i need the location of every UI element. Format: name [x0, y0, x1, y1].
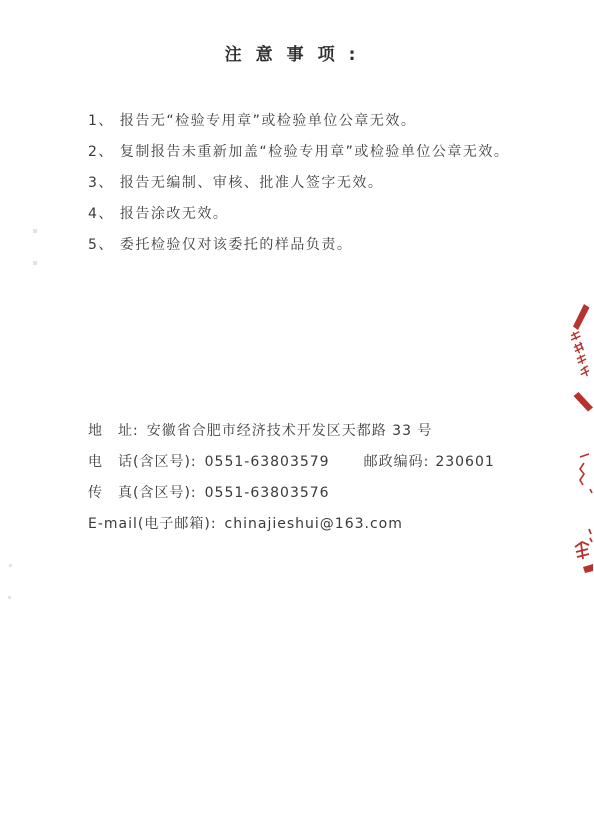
page-title: 注意事项:: [0, 40, 594, 65]
scan-artifact-dot: [33, 261, 37, 265]
email-value: chinajieshui@163.com: [225, 516, 403, 532]
list-item-text: 报告涂改无效。: [120, 206, 229, 222]
red-stamp-edge-fragments-icon: [564, 295, 594, 585]
phone-value: 0551-63803579: [205, 454, 330, 470]
list-item-text: 委托检验仅对该委托的样品负责。: [120, 237, 353, 253]
notes-list: 1、报告无“检验专用章”或检验单位公章无效。 2、复制报告未重新加盖“检验专用章…: [88, 106, 558, 261]
address-value: 安徽省合肥市经济技术开发区天都路 33 号: [147, 423, 433, 439]
fax-line: 传 真(含区号):0551-63803576: [88, 478, 558, 509]
scan-artifact-dot: [9, 564, 12, 567]
stamp-stroke-icon: [573, 304, 590, 330]
stamp-text-fragment-icon: [569, 331, 590, 378]
email-label: E-mail(电子邮箱):: [88, 516, 217, 532]
phone-label: 电 话(含区号):: [88, 454, 197, 470]
list-item-number: 2、: [88, 144, 114, 160]
fax-label: 传 真(含区号):: [88, 485, 197, 501]
stamp-text-fragment-icon: [575, 529, 592, 559]
list-item: 3、报告无编制、审核、批准人签字无效。: [88, 168, 558, 199]
postcode-label: 邮政编码:: [364, 454, 430, 470]
email-line: E-mail(电子邮箱):chinajieshui@163.com: [88, 509, 558, 540]
list-item-text: 复制报告未重新加盖“检验专用章”或检验单位公章无效。: [120, 144, 510, 160]
address-label: 地 址:: [88, 423, 139, 439]
scan-artifact-dot: [8, 596, 11, 599]
postcode-value: 230601: [435, 454, 494, 470]
list-item: 1、报告无“检验专用章”或检验单位公章无效。: [88, 106, 558, 137]
document-page: 注意事项: 1、报告无“检验专用章”或检验单位公章无效。 2、复制报告未重新加盖…: [0, 0, 594, 833]
list-item: 4、报告涂改无效。: [88, 199, 558, 230]
list-item: 2、复制报告未重新加盖“检验专用章”或检验单位公章无效。: [88, 137, 558, 168]
list-item: 5、委托检验仅对该委托的样品负责。: [88, 230, 558, 261]
contact-block: 地 址:安徽省合肥市经济技术开发区天都路 33 号 电 话(含区号):0551-…: [88, 416, 558, 540]
list-item-text: 报告无“检验专用章”或检验单位公章无效。: [120, 113, 417, 129]
address-line: 地 址:安徽省合肥市经济技术开发区天都路 33 号: [88, 416, 558, 447]
stamp-stroke-icon: [574, 392, 594, 412]
stamp-stroke-icon: [583, 564, 593, 573]
scan-artifact-dot: [33, 229, 37, 233]
list-item-number: 5、: [88, 237, 114, 253]
list-item-text: 报告无编制、审核、批准人签字无效。: [120, 175, 384, 191]
list-item-number: 4、: [88, 206, 114, 222]
stamp-text-fragment-icon: [580, 454, 592, 493]
list-item-number: 3、: [88, 175, 114, 191]
fax-value: 0551-63803576: [205, 485, 330, 501]
phone-line: 电 话(含区号):0551-63803579邮政编码:230601: [88, 447, 558, 478]
list-item-number: 1、: [88, 113, 114, 129]
